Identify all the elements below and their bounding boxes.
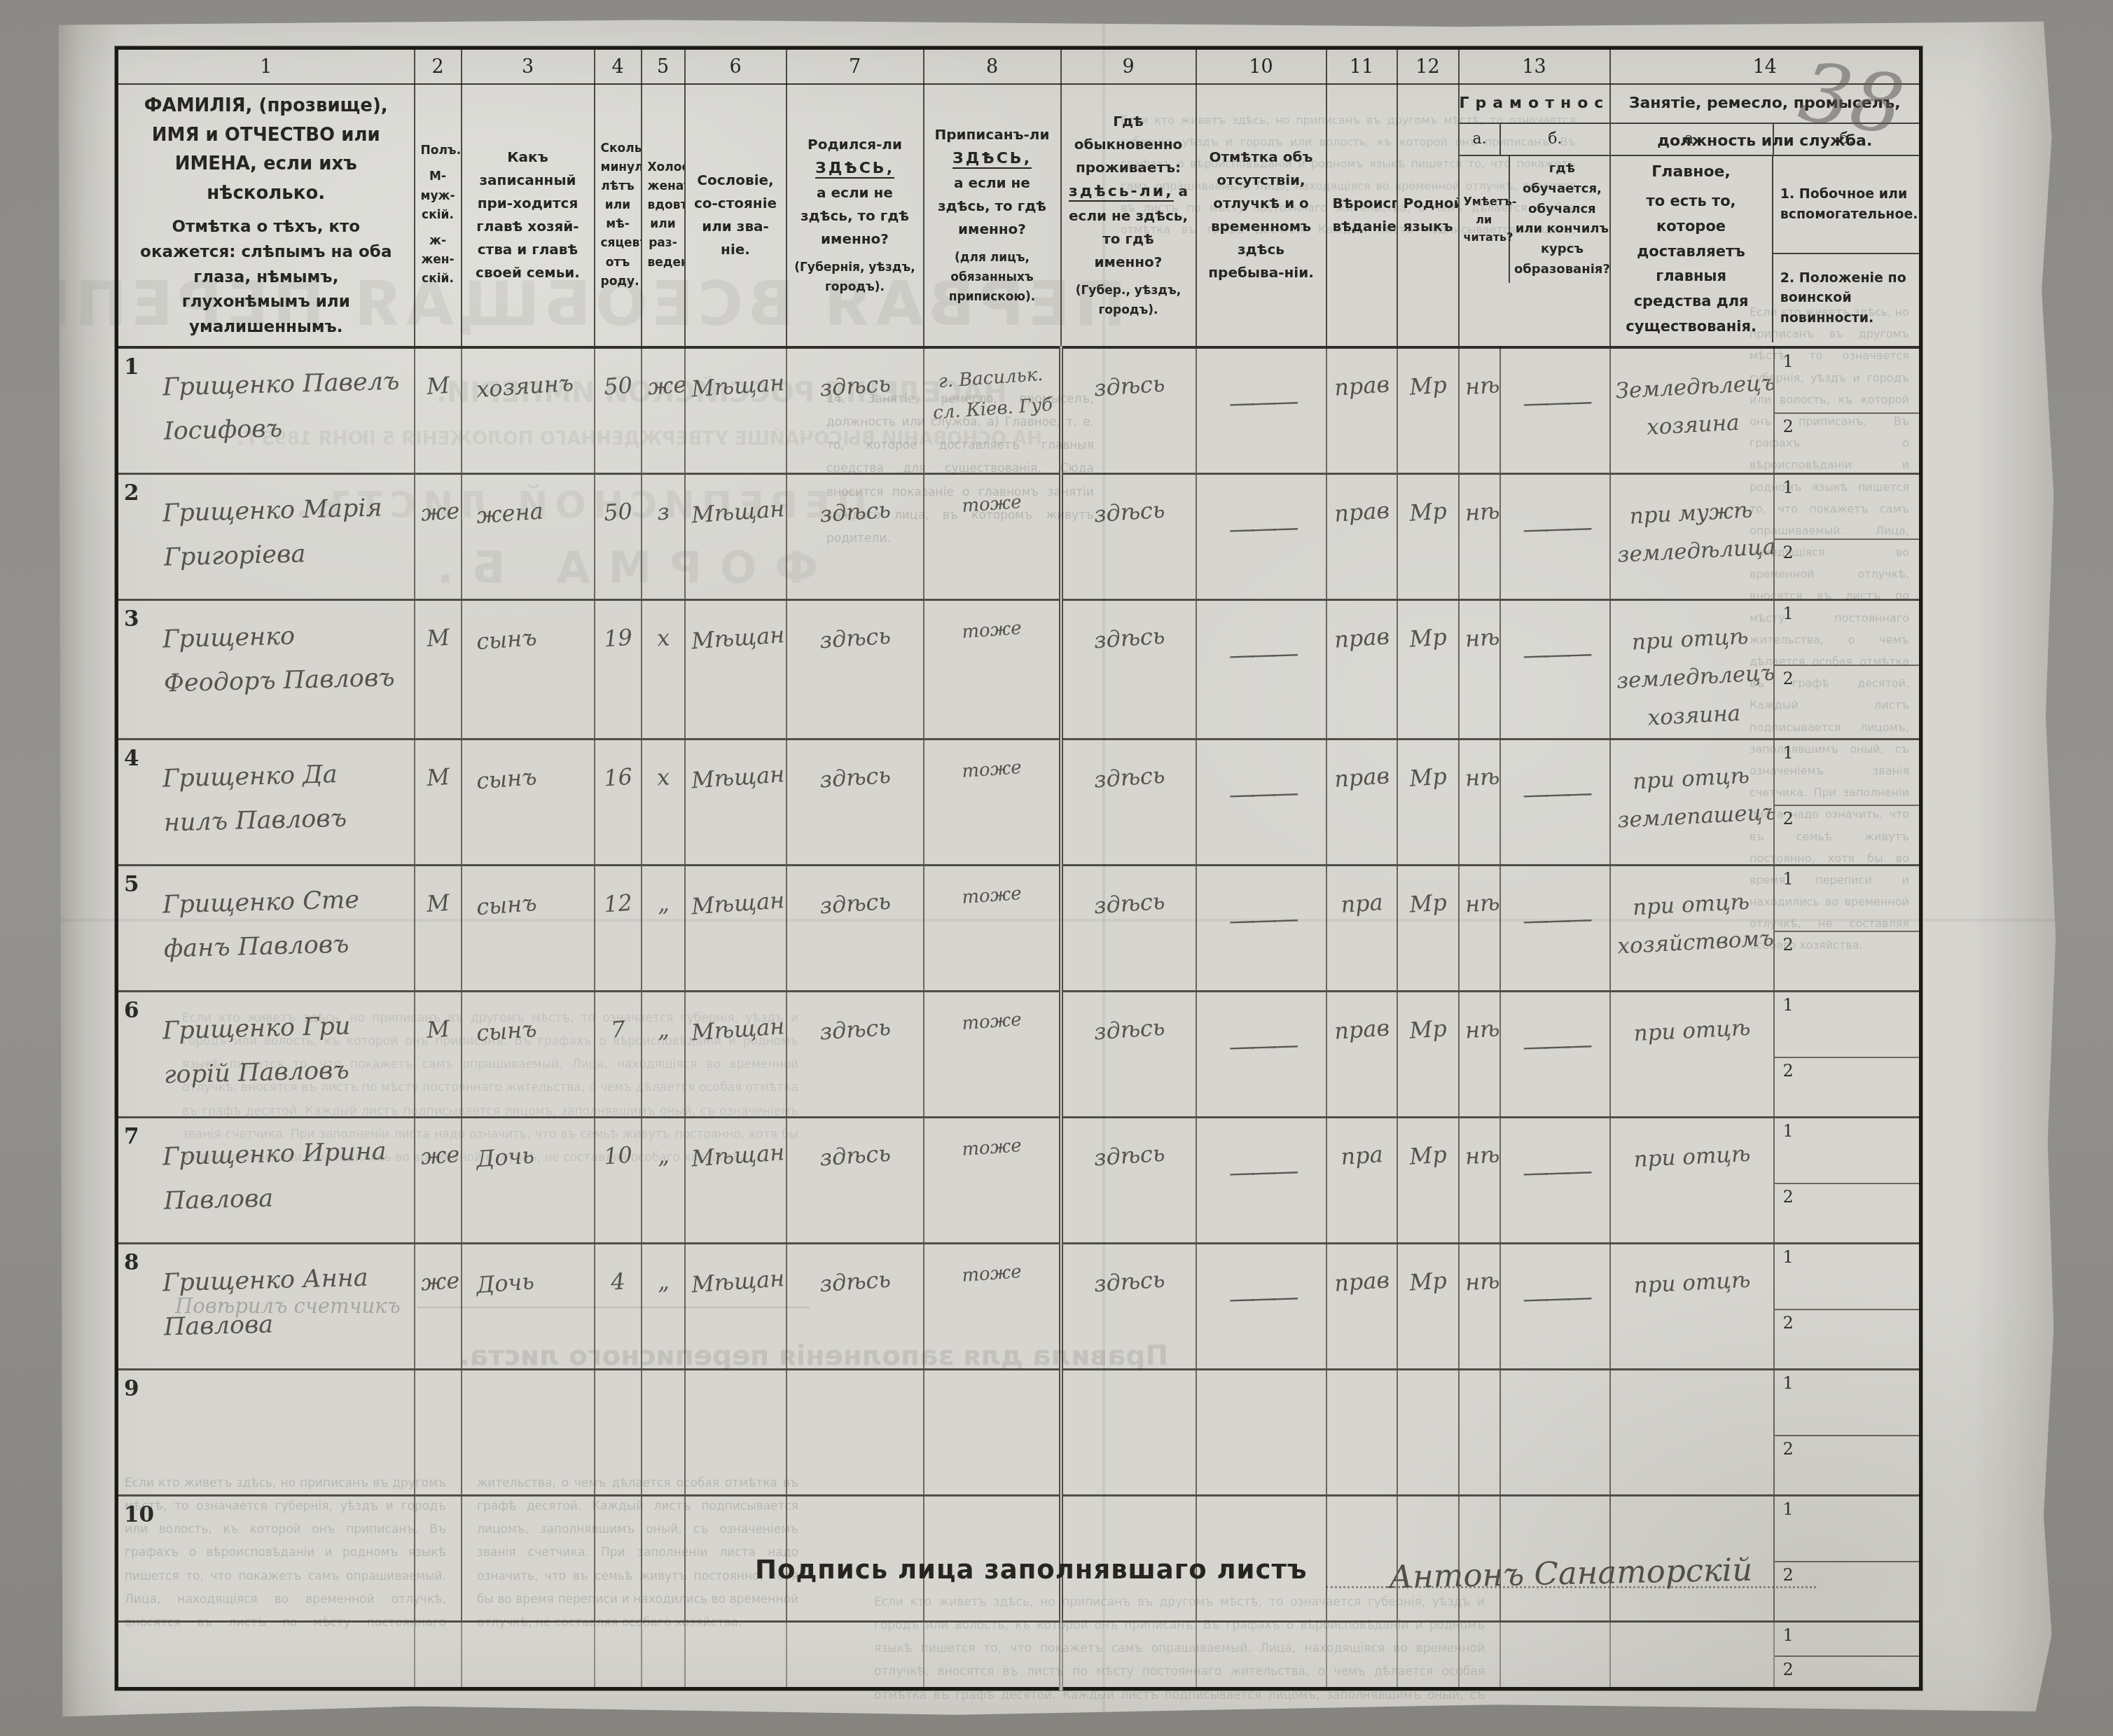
literacy-cell-value [1465, 1646, 1494, 1648]
religion-cell-value: прав [1331, 1266, 1391, 1297]
col-number-4: 4 [595, 48, 642, 85]
occupation-cell-value: при отцѣ [1615, 1261, 1768, 1306]
sex-cell: М [415, 739, 462, 866]
birthplace-cell-value [793, 1642, 917, 1651]
header-occupation-main-text: то есть то, которое доставляетъ главныя … [1615, 189, 1768, 339]
sub-label-2: 2 [1783, 543, 1794, 562]
sub-label-1: 1 [1783, 604, 1794, 623]
estate-cell-value: Мѣщан [690, 1265, 780, 1298]
literacy-cell-value: нѣ [1464, 1268, 1495, 1296]
literacy-cell-value: нѣ [1464, 889, 1495, 918]
residence-cell: здѣсь [1061, 599, 1196, 739]
header-religion-column: Вѣроиспо-вѣданіе. [1326, 84, 1397, 347]
registration-cell-value: тоже [929, 1128, 1054, 1167]
header-registration-pre: Приписанъ-ли [934, 126, 1049, 143]
sex-cell: М [415, 599, 462, 739]
absence-cell-value [1203, 1532, 1320, 1536]
marital-cell-value: „ [646, 1268, 679, 1296]
side-occupation-box: 1 [1775, 475, 1920, 540]
absence-cell-value: ——— [1202, 776, 1320, 811]
sex-cell-value: же [420, 497, 456, 526]
language-cell-value: Мр [1402, 497, 1453, 527]
relation-cell-value: сынъ [466, 760, 588, 795]
residence-cell: здѣсь [1061, 473, 1196, 599]
marital-cell-value: х [646, 623, 679, 652]
header-occupation-military-item: 2. Положеніе по воинской повинности. [1773, 254, 1919, 342]
header-literacy-reads: Умѣетъ-ли читать? [1460, 156, 1510, 283]
side-occupation-cell: 12 [1774, 866, 1921, 992]
occupation-cell-value: при отцѣ земледѣлецъ хозяина [1613, 616, 1770, 738]
age-cell: 10 [595, 1118, 642, 1244]
birthplace-cell: здѣсь [787, 739, 924, 866]
sub-label-2: 2 [1783, 1313, 1794, 1333]
relation-cell-value [468, 1642, 588, 1651]
header-relation-column: Какъ записанный при-ходится главѣ хозяй-… [462, 84, 595, 347]
marital-cell: же [642, 347, 685, 474]
education-cell: ——— [1500, 1118, 1610, 1244]
language-cell-value: Мр [1402, 889, 1453, 919]
language-cell: Мр [1397, 599, 1459, 739]
header-registration-note: (для лицъ, обязанныхъ припискою). [930, 248, 1055, 307]
language-cell-value: Мр [1402, 1141, 1453, 1171]
relation-cell: жена [462, 473, 595, 599]
row-number: 1 [124, 354, 139, 380]
census-row-9: 912 [117, 1370, 1921, 1496]
header-marital-column: Холостъ, женатъ, вдовъ или раз-веденъ. [642, 84, 685, 347]
education-cell-value [1506, 1533, 1604, 1536]
marital-cell: х [642, 599, 685, 739]
residence-cell [1061, 1370, 1196, 1496]
occupation-cell-value [1616, 1387, 1768, 1394]
header-residence-column: Гдѣ обыкновенно проживаетъ: здѣсь-ли, а … [1061, 84, 1196, 347]
registration-cell: тоже [924, 866, 1061, 992]
marital-cell: х [642, 739, 685, 866]
literacy-cell-value: нѣ [1464, 1015, 1495, 1044]
registration-cell: г. Васильк. сл. Кіев. Губ [924, 347, 1061, 474]
sub-label-1: 1 [1783, 478, 1794, 497]
marital-cell: „ [642, 1244, 685, 1370]
sex-cell-value [421, 1646, 455, 1648]
row-number: 9 [124, 1376, 139, 1401]
sheet-number-handwritten: 38 [1793, 44, 1910, 153]
birthplace-cell-value: здѣсь [791, 494, 917, 529]
header-literacy-column: Грамотность. а. б. Умѣетъ-ли читать? гдѣ… [1459, 84, 1610, 347]
census-row-7: 7Грищенко Ирина ПавловажеДочь10„Мѣщанздѣ… [117, 1118, 1921, 1244]
age-cell-value: 16 [600, 763, 636, 792]
registration-cell: тоже [924, 1244, 1061, 1370]
header-residence-line1: Гдѣ обыкновенно проживаетъ: [1067, 110, 1190, 179]
person-cell: 9 [117, 1370, 415, 1496]
age-cell: 16 [595, 739, 642, 866]
language-cell-value: Мр [1402, 1267, 1453, 1297]
sub-label-1: 1 [1783, 1121, 1794, 1141]
age-cell [595, 1622, 642, 1689]
sex-cell-value: М [420, 1015, 456, 1044]
sub-label-1: 1 [1783, 743, 1794, 763]
row-number: 10 [124, 1502, 154, 1527]
marital-cell-value: „ [646, 1141, 679, 1170]
literacy-cell: нѣ [1459, 473, 1500, 599]
side-occupation-box: 1 [1775, 1623, 1920, 1657]
age-cell-value: 50 [600, 497, 636, 526]
estate-cell-value: Мѣщан [690, 761, 780, 794]
sub-label-2: 2 [1783, 417, 1794, 436]
relation-cell-value: Дочь [466, 1138, 588, 1173]
header-estate-column: Сословіе, со-стояніе или зва-ніе. [685, 84, 787, 347]
side-occupation-cell: 12 [1774, 473, 1921, 599]
military-status-box: 2 [1775, 1184, 1920, 1243]
education-cell: ——— [1500, 739, 1610, 866]
col-number-3: 3 [462, 48, 595, 85]
relation-cell-value: Дочь [466, 1264, 588, 1299]
education-cell-value: ——— [1506, 777, 1604, 811]
residence-cell: здѣсь [1061, 1244, 1196, 1370]
relation-cell-value: сынъ [466, 886, 588, 921]
religion-cell: пра [1326, 1118, 1397, 1244]
literacy-cell: нѣ [1459, 1118, 1500, 1244]
sex-cell-value: М [420, 889, 456, 918]
header-language-column: Родной языкъ [1397, 84, 1459, 347]
sex-cell-value [421, 1520, 455, 1522]
relation-cell: сынъ [462, 599, 595, 739]
religion-cell [1326, 1622, 1397, 1689]
signature-label: Подпись лица заполнявшаго листъ [755, 1555, 1308, 1585]
header-registration-rest: а если не здѣсь, то гдѣ именно? [930, 172, 1055, 241]
religion-cell: прав [1326, 599, 1397, 739]
age-cell-value: 7 [600, 1015, 636, 1044]
registration-cell: тоже [924, 599, 1061, 739]
census-row-2: 2Грищенко Марія Григоріеважежена50зМѣщан… [117, 473, 1921, 599]
census-row-1: 1Грищенко Павелъ ІосифовъМхозяинъ50жеМѣщ… [117, 347, 1921, 474]
literacy-cell: нѣ [1459, 347, 1500, 474]
education-cell: ——— [1500, 1244, 1610, 1370]
column-titles-row: ФАМИЛІЯ, (прозвище), ИМЯ и ОТЧЕСТВО или … [117, 84, 1921, 347]
census-row-6: 6Грищенко Гри горій ПавловъМсынъ7„Мѣщанз… [117, 992, 1921, 1118]
person-name: Грищенко Анна Павлова [162, 1256, 405, 1350]
education-cell [1500, 1622, 1610, 1689]
header-name-title: ФАМИЛІЯ, (прозвище), ИМЯ и ОТЧЕСТВО или … [131, 92, 401, 208]
marital-cell-value: „ [646, 889, 679, 918]
side-occupation-cell: 12 [1774, 992, 1921, 1118]
col-number-12: 12 [1397, 48, 1459, 85]
person-name [163, 1382, 403, 1388]
registration-cell-value [930, 1632, 1053, 1641]
occupation-cell [1610, 1370, 1774, 1496]
age-cell: 7 [595, 992, 642, 1118]
literacy-cell-value: нѣ [1464, 371, 1495, 400]
person-name [163, 1634, 403, 1640]
absence-cell: ——— [1196, 739, 1326, 866]
signature-row: Подпись лица заполнявшаго листъАнтонъ Са… [755, 1549, 1816, 1588]
birthplace-cell [787, 1370, 924, 1496]
side-occupation-cell: 12 [1774, 739, 1921, 866]
religion-cell-value: пра [1331, 888, 1391, 919]
literacy-cell [1459, 1370, 1500, 1496]
registration-cell: тоже [924, 992, 1061, 1118]
header-sex-female: ж-жен-скій. [421, 232, 455, 289]
birthplace-cell: здѣсь [787, 992, 924, 1118]
absence-cell: ——— [1196, 599, 1326, 739]
marital-cell-value: з [646, 497, 679, 526]
occupation-cell: Земледѣлецъ хозяина [1610, 347, 1774, 474]
sub-label-1: 1 [1783, 1499, 1794, 1519]
census-row-4: 4Грищенко Да нилъ ПавловъМсынъ16хМѣщанзд… [117, 739, 1921, 866]
age-cell-value [601, 1394, 635, 1396]
row-number: 7 [124, 1124, 139, 1149]
literacy-cell [1459, 1622, 1500, 1689]
marital-cell: з [642, 473, 685, 599]
occupation-cell: при отцѣ земледѣлецъ хозяина [1610, 599, 1774, 739]
language-cell-value [1404, 1393, 1453, 1396]
census-row-extra: 12 [117, 1622, 1921, 1689]
sub-label-1: 1 [1783, 1373, 1794, 1393]
header-name-note: Отмѣтка о тѣхъ, кто окажется: слѣпымъ на… [134, 215, 399, 340]
table-header: 1 2 3 4 5 6 7 8 9 10 11 12 13 14 ФАМИЛІЯ… [117, 48, 1921, 347]
occupation-cell-value [1616, 1639, 1768, 1646]
sex-cell: М [415, 866, 462, 992]
registration-cell [924, 1370, 1061, 1496]
absence-cell: ——— [1196, 866, 1326, 992]
birthplace-cell-value: здѣсь [791, 1264, 917, 1299]
relation-cell-value: хозяинъ [466, 368, 588, 403]
residence-cell-value: здѣсь [1067, 620, 1190, 655]
header-registration-column: Приписанъ-ли ЗДѢСЬ, а если не здѣсь, то … [924, 84, 1061, 347]
age-cell-value [601, 1646, 635, 1648]
religion-cell: пра [1326, 866, 1397, 992]
absence-cell-value: ——— [1202, 1028, 1320, 1063]
sex-cell-value: М [420, 763, 456, 792]
occupation-cell: при отцѣ [1610, 1244, 1774, 1370]
marital-cell-value: х [646, 763, 679, 792]
registration-cell-value [930, 1506, 1053, 1515]
age-cell: 50 [595, 347, 642, 474]
estate-cell-value [691, 1391, 780, 1398]
military-status-box: 2 [1775, 932, 1920, 991]
birthplace-cell [787, 1622, 924, 1689]
residence-cell-value: здѣсь [1067, 760, 1190, 795]
age-cell-value: 10 [600, 1141, 636, 1170]
education-cell-value: ——— [1506, 384, 1604, 419]
sub-label-1: 1 [1783, 1625, 1794, 1645]
estate-cell-value: Мѣщан [690, 369, 780, 402]
estate-cell-value: Мѣщан [690, 621, 780, 654]
residence-cell: здѣсь [1061, 992, 1196, 1118]
person-name: Грищенко Гри горій Павловъ [162, 1004, 405, 1098]
side-occupation-box: 1 [1775, 866, 1920, 931]
religion-cell: прав [1326, 473, 1397, 599]
registration-cell-value: тоже [929, 610, 1054, 649]
person-cell: 3Грищенко Феодоръ Павловъ [117, 599, 415, 739]
military-status-box: 2 [1775, 1058, 1920, 1117]
header-occupation-main: Главное, то есть то, которое доставляетъ… [1611, 156, 1773, 342]
sub-label-1: 1 [1783, 352, 1794, 371]
person-cell: 1Грищенко Павелъ Іосифовъ [117, 347, 415, 474]
residence-cell-value: здѣсь [1067, 494, 1190, 529]
occupation-cell: при отцѣ [1610, 992, 1774, 1118]
sub-label-2: 2 [1783, 1061, 1794, 1081]
registration-cell [924, 1622, 1061, 1689]
estate-cell: Мѣщан [685, 1244, 787, 1370]
birthplace-cell: здѣсь [787, 1118, 924, 1244]
relation-cell-value [468, 1390, 588, 1398]
residence-cell-value: здѣсь [1067, 886, 1190, 921]
age-cell-value: 12 [600, 889, 636, 918]
table-body: 1Грищенко Павелъ ІосифовъМхозяинъ50жеМѣщ… [117, 347, 1921, 1689]
sex-cell: же [415, 1118, 462, 1244]
row-number: 6 [124, 998, 139, 1023]
literacy-cell-value [1465, 1394, 1494, 1396]
registration-cell-value: тоже [929, 484, 1054, 523]
estate-cell: Мѣщан [685, 992, 787, 1118]
header-birthplace-here: ЗДѢСЬ, [815, 160, 894, 179]
education-cell-value [1506, 1659, 1604, 1662]
estate-cell-value: Мѣщан [690, 1139, 780, 1172]
residence-cell: здѣсь [1061, 347, 1196, 474]
col-number-1: 1 [117, 48, 415, 85]
person-name [163, 1508, 403, 1514]
header-occupation-side-item: 1. Побочное или вспомогательное. [1773, 156, 1919, 254]
row-number: 3 [124, 606, 139, 632]
side-occupation-box: 1 [1775, 1118, 1920, 1183]
marital-cell [642, 1496, 685, 1622]
birthplace-cell-value [793, 1516, 917, 1525]
residence-cell-value: здѣсь [1067, 368, 1190, 403]
relation-cell: сынъ [462, 992, 595, 1118]
military-status-box: 2 [1775, 1657, 1920, 1687]
residence-cell-value: здѣсь [1067, 1138, 1190, 1173]
religion-cell-value [1333, 1644, 1391, 1648]
absence-cell: ——— [1196, 992, 1326, 1118]
registration-cell: тоже [924, 1118, 1061, 1244]
person-cell: 8Грищенко Анна Павлова [117, 1244, 415, 1370]
relation-cell-value: сынъ [466, 620, 588, 655]
language-cell-value: Мр [1402, 1015, 1453, 1045]
person-cell: 7Грищенко Ирина Павлова [117, 1118, 415, 1244]
person-cell: 6Грищенко Гри горій Павловъ [117, 992, 415, 1118]
occupation-cell: при отцѣ хозяйствомъ [1610, 866, 1774, 992]
row-number: 4 [124, 746, 139, 771]
relation-cell [462, 1622, 595, 1689]
estate-cell-value: Мѣщан [690, 495, 780, 528]
birthplace-cell-value: здѣсь [791, 1138, 917, 1173]
header-birthplace-rest: а если не здѣсь, то гдѣ именно? [793, 181, 917, 251]
occupation-cell-value: при отцѣ землепашецъ [1614, 756, 1769, 840]
birthplace-cell: здѣсь [787, 473, 924, 599]
census-row-3: 3Грищенко Феодоръ ПавловъМсынъ19хМѣщанзд… [117, 599, 1921, 739]
sex-cell [415, 1622, 462, 1689]
estate-cell [685, 1370, 787, 1496]
religion-cell: прав [1326, 992, 1397, 1118]
literacy-cell: нѣ [1459, 599, 1500, 739]
religion-cell-value [1333, 1392, 1391, 1396]
language-cell [1397, 1370, 1459, 1496]
education-cell-value: ——— [1506, 1281, 1604, 1315]
person-cell: 10 [117, 1496, 415, 1622]
language-cell-value [1404, 1645, 1453, 1648]
col-number-2: 2 [415, 48, 462, 85]
sub-label-2: 2 [1783, 669, 1794, 688]
sex-cell: же [415, 1244, 462, 1370]
religion-cell-value: прав [1331, 762, 1391, 793]
person-name: Грищенко Сте фанъ Павловъ [162, 877, 405, 972]
estate-cell: Мѣщан [685, 866, 787, 992]
relation-cell-value: сынъ [466, 1012, 588, 1047]
sub-label-1: 1 [1783, 1247, 1794, 1267]
estate-cell: Мѣщан [685, 347, 787, 474]
header-occupation-a-label: а. [1611, 124, 1774, 155]
marital-cell: „ [642, 992, 685, 1118]
military-status-box: 2 [1775, 1436, 1920, 1495]
education-cell-value: ——— [1506, 511, 1604, 545]
sex-cell [415, 1370, 462, 1496]
religion-cell-value: прав [1331, 497, 1391, 527]
col-number-13: 13 [1459, 48, 1610, 85]
absence-cell-value: ——— [1202, 637, 1320, 672]
absence-cell-value: ——— [1202, 902, 1320, 937]
age-cell-value: 50 [600, 371, 636, 400]
side-occupation-box: 1 [1775, 992, 1920, 1057]
religion-cell-value: прав [1331, 623, 1391, 653]
language-cell: Мр [1397, 347, 1459, 474]
birthplace-cell: здѣсь [787, 599, 924, 739]
absence-cell: ——— [1196, 347, 1326, 474]
absence-cell-value [1203, 1406, 1320, 1410]
header-birthplace-pre: Родился-ли [808, 136, 902, 153]
marital-cell-value: же [646, 371, 679, 400]
education-cell: ——— [1500, 347, 1610, 474]
language-cell-value: Мр [1402, 623, 1453, 653]
side-occupation-cell: 12 [1774, 1370, 1921, 1496]
military-status-box: 2 [1775, 540, 1920, 599]
header-name-column: ФАМИЛІЯ, (прозвище), ИМЯ и ОТЧЕСТВО или … [117, 84, 415, 347]
religion-cell: прав [1326, 347, 1397, 474]
age-cell: 12 [595, 866, 642, 992]
estate-cell: Мѣщан [685, 599, 787, 739]
sex-cell: М [415, 347, 462, 474]
birthplace-cell-value: здѣсь [791, 368, 917, 403]
military-status-box: 2 [1775, 806, 1920, 865]
marital-cell [642, 1370, 685, 1496]
birthplace-cell-value: здѣсь [791, 760, 917, 795]
marital-cell: „ [642, 866, 685, 992]
registration-cell-value: г. Васильк. сл. Кіев. Губ [928, 359, 1055, 429]
age-cell [595, 1496, 642, 1622]
header-sex-title: Полъ. [421, 141, 455, 160]
absence-cell [1196, 1370, 1326, 1496]
sex-cell-value: М [420, 371, 456, 400]
absence-cell-value: ——— [1202, 1280, 1320, 1315]
occupation-cell-value: при мужѣ земледѣлица [1614, 490, 1769, 574]
estate-cell [685, 1622, 787, 1689]
person-cell: 5Грищенко Сте фанъ Павловъ [117, 866, 415, 992]
literacy-cell-value: нѣ [1464, 763, 1495, 792]
language-cell-value [1404, 1519, 1453, 1522]
religion-cell-value: пра [1331, 1140, 1391, 1171]
header-residence-here: здѣсь-ли, [1069, 183, 1174, 202]
education-cell-value [1506, 1407, 1604, 1410]
header-literacy-title: Грамотность. [1460, 85, 1609, 124]
absence-cell: ——— [1196, 1118, 1326, 1244]
header-age-column: Сколько минуло лѣтъ или мѣ-сяцевъ отъ ро… [595, 84, 642, 347]
header-birthplace-note: (Губернія, уѣздъ, городъ). [793, 258, 917, 297]
sub-label-2: 2 [1783, 935, 1794, 954]
marital-cell-value [648, 1520, 679, 1522]
literacy-cell-value: нѣ [1464, 1141, 1495, 1170]
estate-cell-value: Мѣщан [690, 887, 780, 920]
marital-cell-value [648, 1646, 679, 1648]
military-status-box: 2 [1775, 1310, 1920, 1369]
residence-cell: здѣсь [1061, 1118, 1196, 1244]
